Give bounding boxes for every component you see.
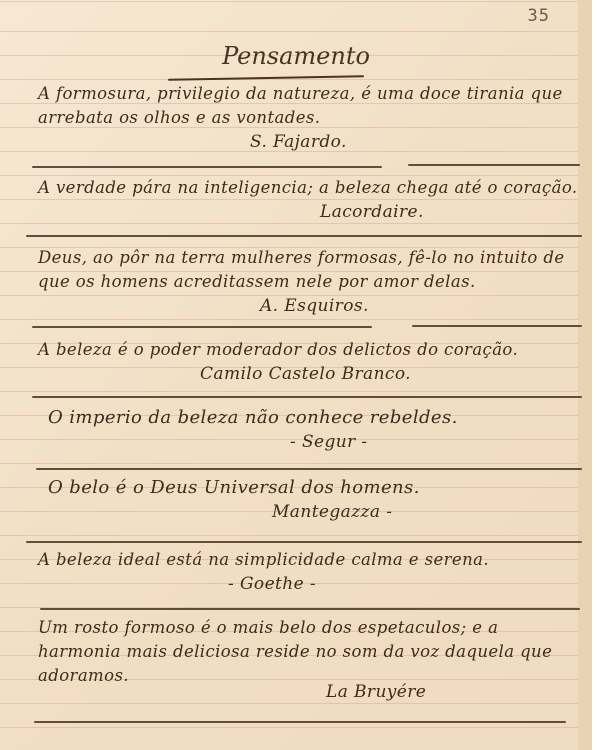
quote-4: A beleza é o poder moderador dos delicto… [38, 338, 578, 362]
quote-text: Um rosto formoso é o mais belo dos espet… [38, 616, 578, 688]
torn-edge [578, 0, 592, 750]
quote-6-author-line: Mantegazza - [272, 500, 472, 524]
quote-8: Um rosto formoso é o mais belo dos espet… [38, 616, 578, 688]
quote-7-author-line: - Goethe - [228, 572, 428, 596]
quote-author: Mantegazza - [272, 500, 472, 524]
page-number: 35 [528, 6, 550, 26]
quote-author: Lacordaire. [320, 200, 560, 224]
quote-text: A beleza ideal está na simplicidade calm… [38, 548, 578, 572]
quote-text: A beleza é o poder moderador dos delicto… [38, 338, 578, 362]
quote-author: A. Esquiros. [260, 294, 520, 318]
quote-author: - Segur - [290, 430, 490, 454]
page-title: Pensamento [0, 42, 592, 70]
quote-text: O imperio da beleza não conhece rebeldes… [48, 406, 588, 430]
notebook-page: 35 Pensamento A formosura, privilegio da… [0, 0, 592, 750]
separator-line [34, 721, 566, 723]
quote-text: A verdade pára na inteligencia; a beleza… [38, 176, 578, 200]
quote-1-author-line: S. Fajardo. [250, 130, 550, 154]
quote-2-author-line: Lacordaire. [320, 200, 560, 224]
quote-5-author-line: - Segur - [290, 430, 490, 454]
quote-2: A verdade pára na inteligencia; a beleza… [38, 176, 578, 200]
quote-1: A formosura, privilegio da natureza, é u… [38, 82, 578, 130]
separator-line [26, 235, 582, 237]
quote-5: O imperio da beleza não conhece rebeldes… [48, 406, 588, 430]
quote-text: A formosura, privilegio da natureza, é u… [38, 82, 578, 130]
separator-line [26, 541, 582, 543]
separator-line [32, 166, 382, 168]
separator-line [36, 468, 582, 470]
quote-author: La Bruyére [326, 680, 546, 704]
separator-line [408, 164, 580, 166]
quote-author: S. Fajardo. [250, 130, 550, 154]
separator-line [32, 396, 582, 398]
separator-line [32, 326, 372, 328]
separator-line [412, 325, 582, 327]
quote-text: Deus, ao pôr na terra mulheres formosas,… [38, 246, 578, 294]
quote-text: O belo é o Deus Universal dos homens. [48, 476, 588, 500]
quote-7: A beleza ideal está na simplicidade calm… [38, 548, 578, 572]
quote-3: Deus, ao pôr na terra mulheres formosas,… [38, 246, 578, 294]
quote-8-author-line: La Bruyére [326, 680, 546, 704]
title-underline [168, 75, 364, 80]
quote-6: O belo é o Deus Universal dos homens. [48, 476, 588, 500]
separator-line [40, 608, 580, 610]
quote-3-author-line: A. Esquiros. [260, 294, 520, 318]
quote-4-author-line: Camilo Castelo Branco. [200, 362, 540, 386]
quote-author: - Goethe - [228, 572, 428, 596]
quote-author: Camilo Castelo Branco. [200, 362, 540, 386]
